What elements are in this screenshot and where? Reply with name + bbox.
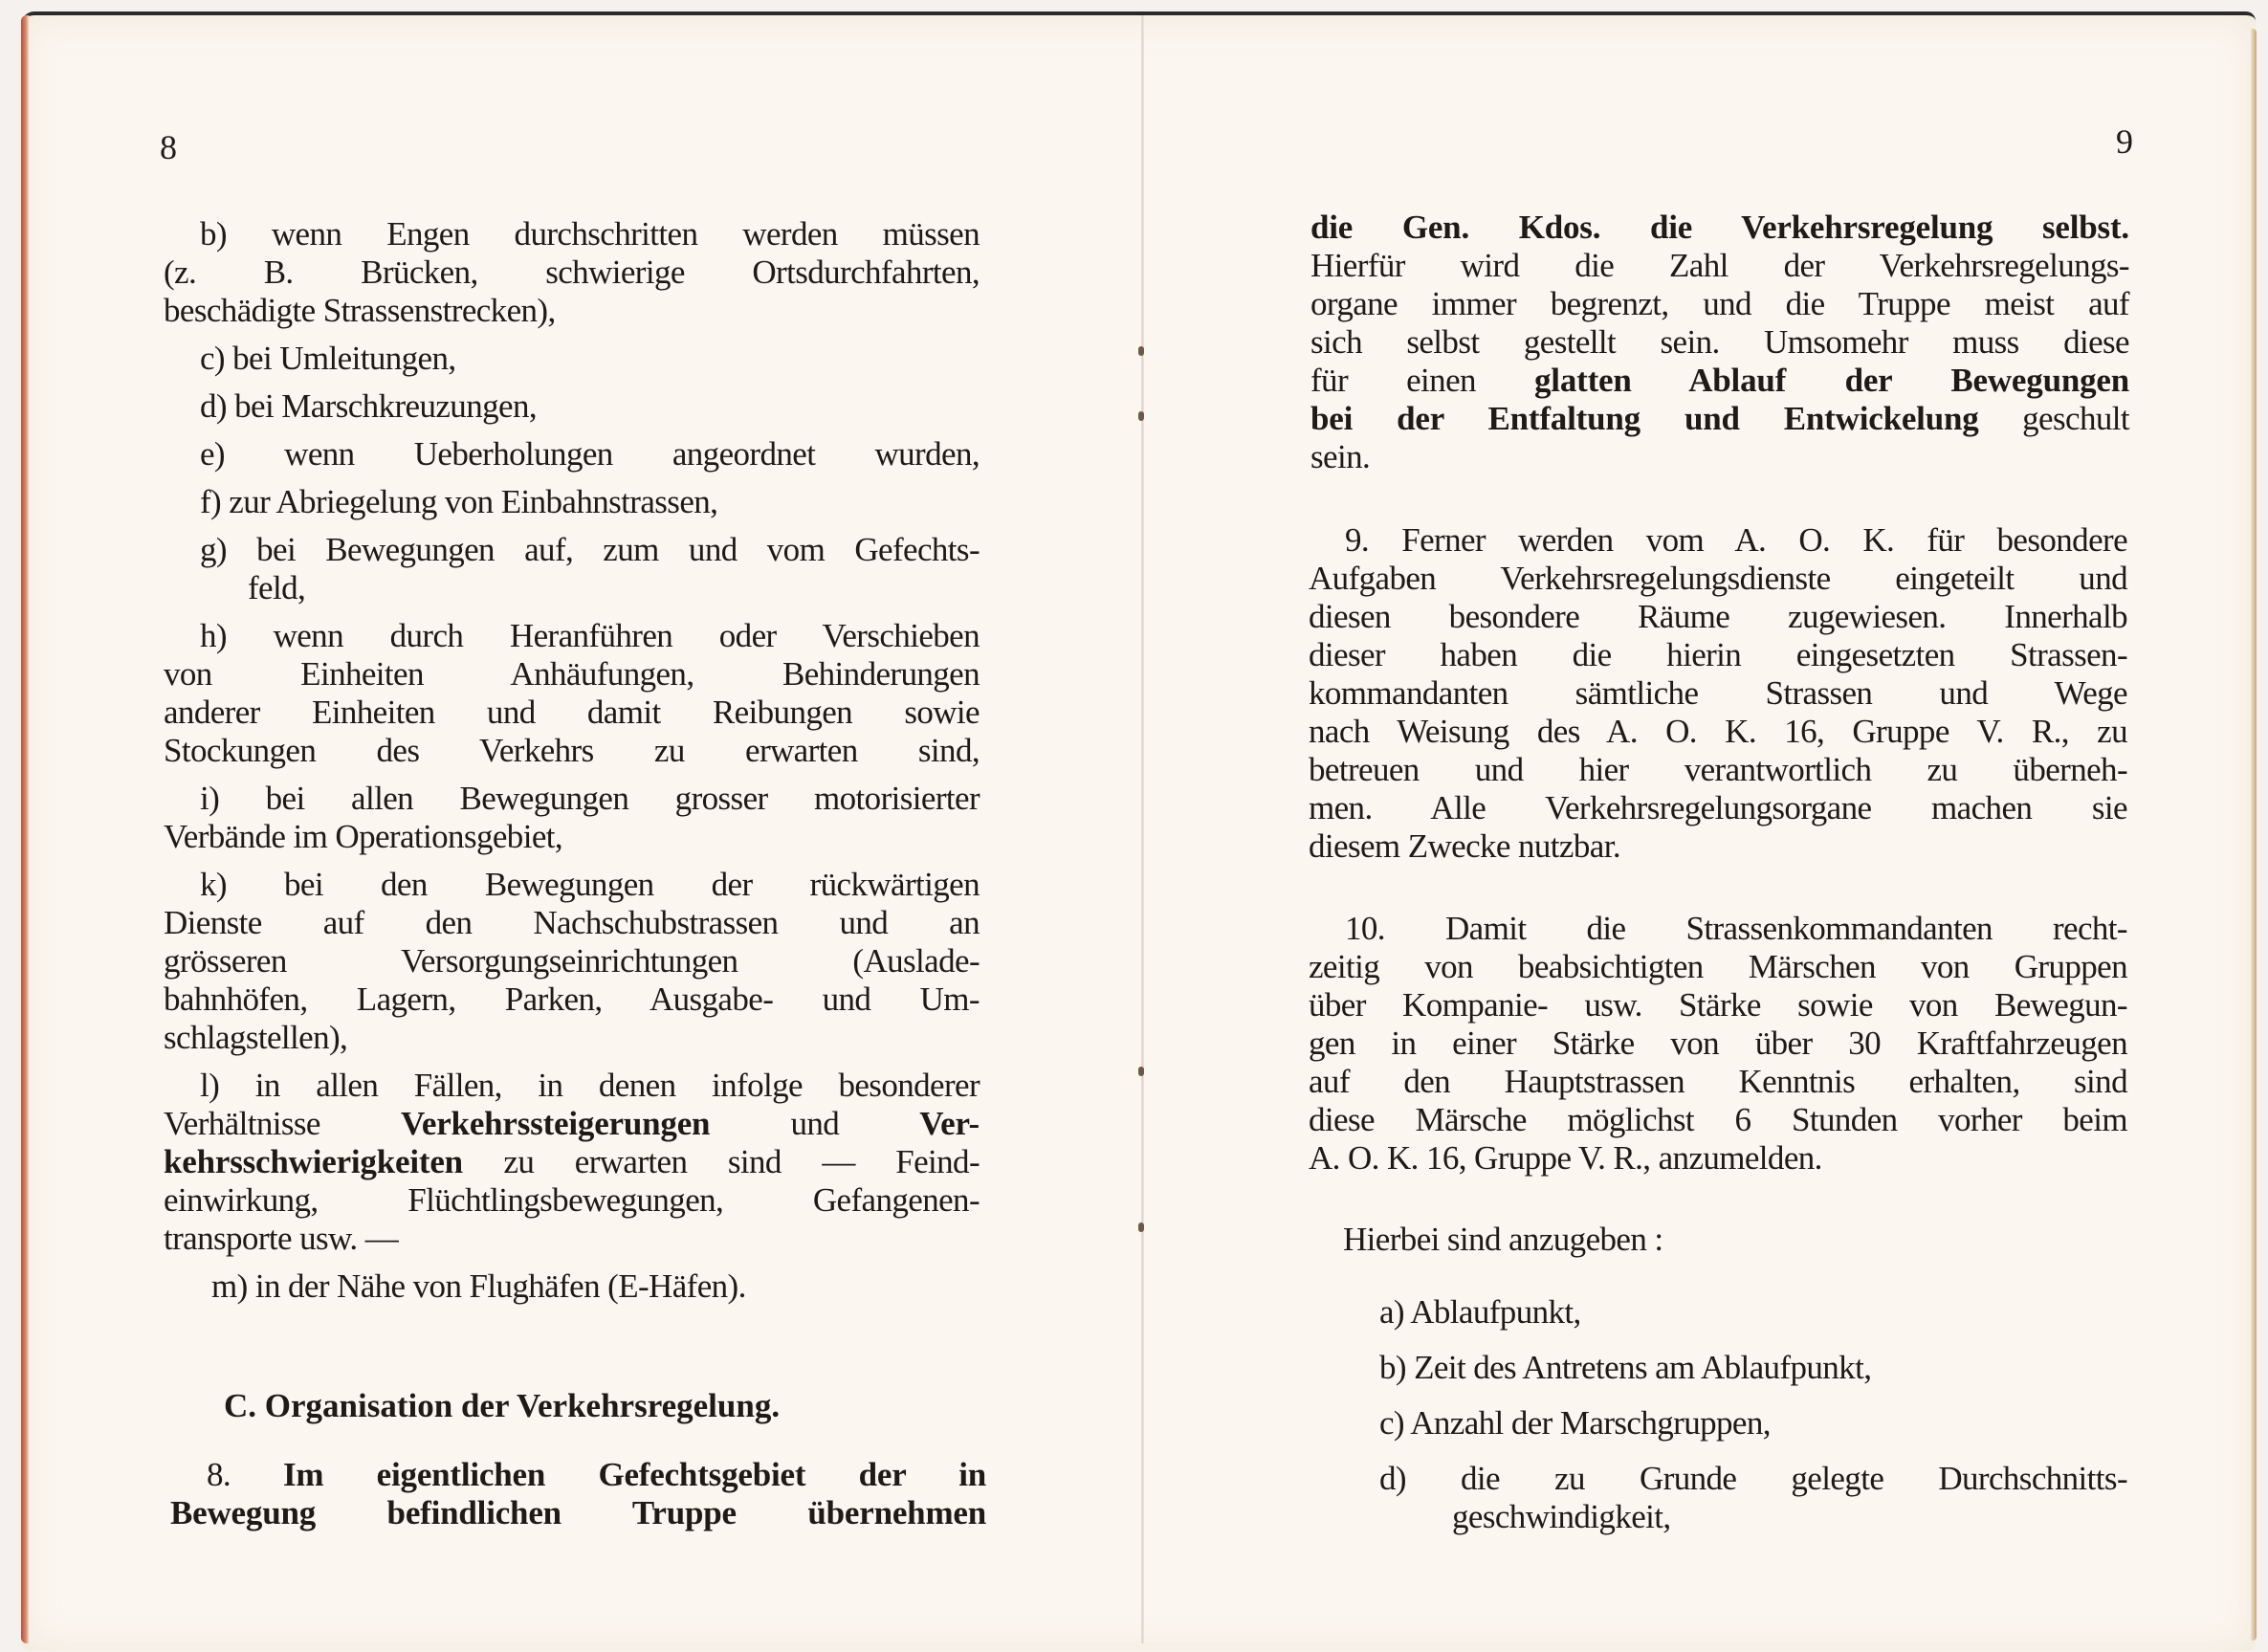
list-item-d: d) bei Marschkreuzungen, [164, 387, 980, 426]
emphasis: Verkehrssteigerungen [401, 1105, 710, 1142]
requirement-b: b) Zeit des Antretens am Ablaufpunkt, [1379, 1349, 2127, 1387]
paragraph-10-line: über Kompanie- usw. Stärke sowie von Bew… [1309, 986, 2127, 1024]
paragraph-9-line: men. Alle Verkehrsregelungsorgane machen… [1309, 789, 2127, 827]
paragraph-10-line: A. O. K. 16, Gruppe V. R., anzumelden. [1309, 1139, 2127, 1178]
paragraph-10-line: 10. Damit die Strassenkommandanten recht… [1309, 910, 2127, 948]
paragraph-10-line: zeitig von beabsichtigten Märschen von G… [1309, 948, 2127, 986]
continuation-paragraph: die Gen. Kdos. die Verkehrsregelung selb… [1310, 209, 2129, 476]
list-item-l-line: kehrsschwierigkeiten zu erwarten sind — … [164, 1143, 980, 1181]
section-heading: C. Organisation der Verkehrsregelung. [224, 1387, 780, 1425]
paragraph-9-line: Aufgaben Verkehrsregelungsdienste einget… [1309, 560, 2127, 598]
list-item-c: c) bei Umleitungen, [164, 340, 980, 378]
list-item-m: m) in der Nähe von Flughäfen (E-Häfen). [164, 1267, 980, 1306]
emphasis: bei der Entfaltung und Entwickelung [1310, 400, 1979, 437]
paragraph-number: 8. [207, 1456, 231, 1493]
emphasis: kehrsschwierigkeiten [164, 1143, 463, 1180]
paragraph-9-line: nach Weisung des A. O. K. 16, Gruppe V. … [1309, 713, 2127, 751]
paragraph-10-line: auf den Hauptstrassen Kenntnis erhalten,… [1309, 1063, 2127, 1101]
continuation-line: organe immer begrenzt, und die Truppe me… [1310, 285, 2129, 323]
list-item-i-line: i) bei allen Bewegungen grosser motorisi… [164, 780, 980, 818]
continuation-line: die Gen. Kdos. die Verkehrsregelung selb… [1310, 209, 2129, 247]
left-page: 8 b) wenn Engen durchschritten werden mü… [0, 0, 1143, 1652]
requirement-d-line: geschwindigkeit, [1379, 1498, 2127, 1536]
paragraph-9-line: dieser haben die hierin eingesetzten Str… [1309, 636, 2127, 674]
list-item-h-line: Stockungen des Verkehrs zu erwarten sind… [164, 732, 980, 770]
paragraph-9-line: betreuen und hier verantwortlich zu über… [1309, 751, 2127, 789]
paragraph-9-line: kommandanten sämtliche Strassen und Wege [1309, 674, 2127, 713]
list-item-i-line: Verbände im Operationsgebiet, [164, 818, 980, 856]
list-item-b-line: beschädigte Strassenstrecken), [164, 292, 980, 330]
list-item-k-line: bahnhöfen, Lagern, Parken, Ausgabe- und … [164, 980, 980, 1019]
paragraph-8-line: Bewegung befindlichen Truppe übernehmen [170, 1494, 986, 1532]
paragraph-10: 10. Damit die Strassenkommandanten recht… [1309, 910, 2127, 1178]
emphasis: glatten Ablauf der Bewegungen [1534, 362, 2129, 399]
list-item-l-line: Verhältnisse Verkehrssteigerungen und Ve… [164, 1105, 980, 1143]
list-item-g-line: feld, [164, 569, 980, 607]
continuation-line: sich selbst gestellt sein. Umsomehr muss… [1310, 323, 2129, 362]
paragraph-9-line: diesem Zwecke nutzbar. [1309, 827, 2127, 866]
continuation-line: bei der Entfaltung und Entwickelung gesc… [1310, 400, 2129, 438]
paragraph-9-line: 9. Ferner werden vom A. O. K. für besond… [1309, 521, 2127, 560]
list-item-h-line: von Einheiten Anhäufungen, Behinderungen [164, 655, 980, 694]
requirement-a: a) Ablaufpunkt, [1379, 1293, 2127, 1332]
paragraph-8: 8. Im eigentlichen Gefechtsgebiet der in… [170, 1456, 986, 1532]
left-page-body: b) wenn Engen durchschritten werden müss… [164, 215, 980, 1306]
page-number: 8 [160, 130, 177, 165]
continuation-line: sein. [1310, 438, 2129, 476]
requirements-intro: Hierbei sind anzugeben : [1343, 1221, 2108, 1259]
list-item-f: f) zur Abriegelung von Einbahnstrassen, [164, 483, 965, 521]
list-item-k-line: grösseren Versorgungseinrichtungen (Ausl… [164, 942, 980, 980]
requirement-d-line: d) die zu Grunde gelegte Durchschnitts- [1379, 1460, 2127, 1498]
list-item-b-line: b) wenn Engen durchschritten werden müss… [164, 215, 980, 253]
paragraph-8-line: 8. Im eigentlichen Gefechtsgebiet der in [170, 1456, 986, 1494]
list-item-g-line: g) bei Bewegungen auf, zum und vom Gefec… [164, 531, 980, 569]
requirement-c: c) Anzahl der Marschgruppen, [1379, 1404, 2127, 1443]
list-item-e: e) wenn Ueberholungen angeordnet wurden, [164, 435, 980, 474]
continuation-line: Hierfür wird die Zahl der Verkehrsregelu… [1310, 247, 2129, 285]
right-page: 9 die Gen. Kdos. die Verkehrsregelung se… [1144, 0, 2268, 1652]
list-item-l-line: l) in allen Fällen, in denen infolge bes… [164, 1067, 980, 1105]
paragraph-10-line: gen in einer Stärke von über 30 Kraftfah… [1309, 1024, 2127, 1063]
emphasis: Im eigentlichen Gefechtsgebiet der in [283, 1456, 986, 1493]
paragraph-9-line: diesen besondere Räume zugewiesen. Inner… [1309, 598, 2127, 636]
list-item-l-line: transporte usw. — [164, 1220, 980, 1258]
list-item-h-line: anderer Einheiten und damit Reibungen so… [164, 694, 980, 732]
paragraph-10-line: diese Märsche möglichst 6 Stunden vorher… [1309, 1101, 2127, 1139]
continuation-line: für einen glatten Ablauf der Bewegungen [1310, 362, 2129, 400]
emphasis: Ver- [919, 1105, 980, 1142]
page-number: 9 [2116, 124, 2133, 159]
list-item-k-line: schlagstellen), [164, 1019, 980, 1057]
list-item-k-line: Dienste auf den Nachschubstrassen und an [164, 904, 980, 942]
paragraph-9: 9. Ferner werden vom A. O. K. für besond… [1309, 521, 2127, 866]
hierbei-line: Hierbei sind anzugeben : [1343, 1221, 2108, 1259]
list-item-k-line: k) bei den Bewegungen der rückwärtigen [164, 866, 980, 904]
list-item-l-line: einwirkung, Flüchtlingsbewegungen, Gefan… [164, 1181, 980, 1220]
list-item-h-line: h) wenn durch Heranführen oder Verschieb… [164, 617, 980, 655]
requirements-list: a) Ablaufpunkt, b) Zeit des Antretens am… [1379, 1293, 2127, 1536]
list-item-b-line: (z. B. Brücken, schwierige Ortsdurchfahr… [164, 253, 980, 292]
